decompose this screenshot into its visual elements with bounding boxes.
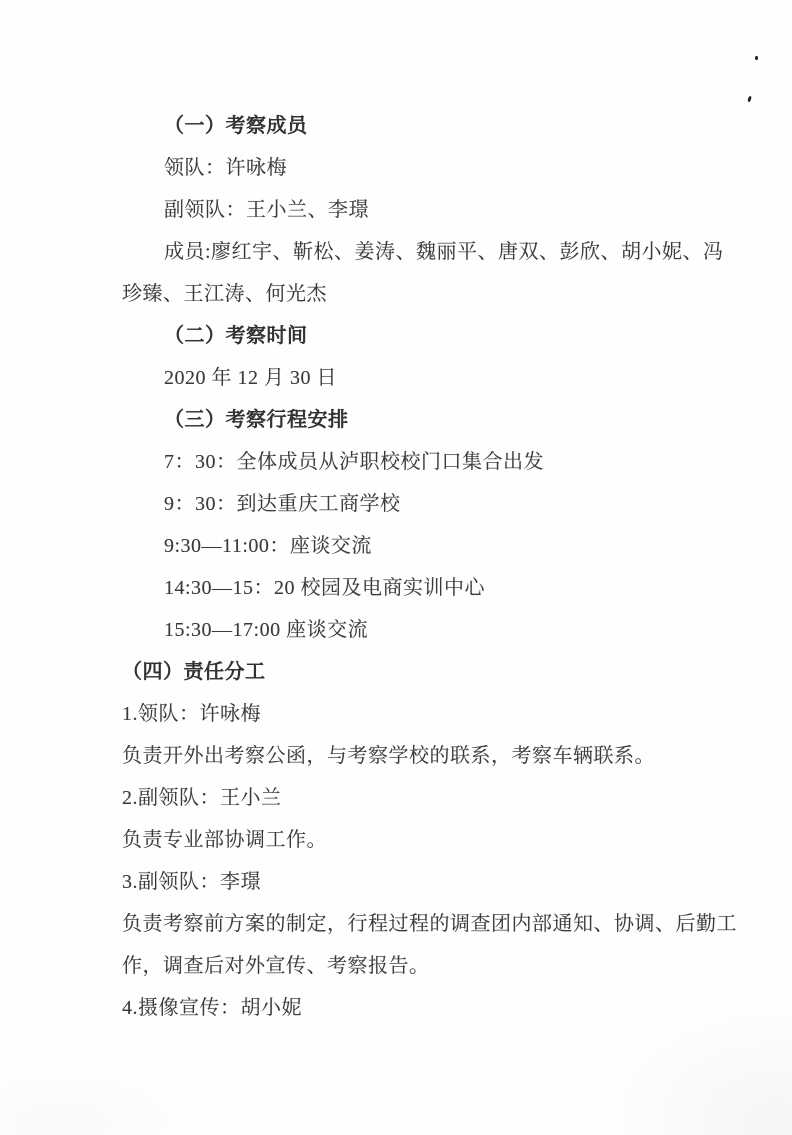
line-members-part1: 成员:廖红宇、靳松、姜涛、魏丽平、唐双、彭欣、胡小妮、冯 — [122, 231, 702, 273]
ink-speck — [755, 56, 758, 60]
section-heading-members: （一）考察成员 — [122, 105, 702, 147]
line-duty3-description-part2: 作，调查后对外宣传、考察报告。 — [122, 945, 702, 987]
document-body: （一）考察成员 领队：许咏梅 副领队：王小兰、李璟 成员:廖红宇、靳松、姜涛、魏… — [122, 105, 702, 1029]
line-itinerary-0930: 9：30：到达重庆工商学校 — [122, 483, 702, 525]
line-itinerary-0730: 7：30：全体成员从泸职校校门口集合出发 — [122, 441, 702, 483]
scanned-document-page: （一）考察成员 领队：许咏梅 副领队：王小兰、李璟 成员:廖红宇、靳松、姜涛、魏… — [0, 0, 792, 1135]
line-duty1-description: 负责开外出考察公函，与考察学校的联系，考察车辆联系。 — [122, 735, 702, 777]
line-deputy-leaders: 副领队：王小兰、李璟 — [122, 189, 702, 231]
line-itinerary-0930-1100: 9:30—11:00：座谈交流 — [122, 525, 702, 567]
line-members-part2: 珍臻、王江涛、何光杰 — [122, 273, 702, 315]
line-duty4-photography: 4.摄像宣传：胡小妮 — [122, 987, 702, 1029]
line-duty2-description: 负责专业部协调工作。 — [122, 819, 702, 861]
section-heading-time: （二）考察时间 — [122, 315, 702, 357]
line-date: 2020 年 12 月 30 日 — [122, 357, 702, 399]
section-heading-duties: （四）责任分工 — [122, 651, 702, 693]
ink-speck — [747, 96, 751, 103]
line-duty2-deputy: 2.副领队：王小兰 — [122, 777, 702, 819]
line-duty3-deputy: 3.副领队：李璟 — [122, 861, 702, 903]
line-duty1-leader: 1.领队：许咏梅 — [122, 693, 702, 735]
section-heading-itinerary: （三）考察行程安排 — [122, 399, 702, 441]
line-itinerary-1530-1700: 15:30—17:00 座谈交流 — [122, 609, 702, 651]
line-itinerary-1430-1520: 14:30—15：20 校园及电商实训中心 — [122, 567, 702, 609]
line-team-leader: 领队：许咏梅 — [122, 147, 702, 189]
line-duty3-description-part1: 负责考察前方案的制定，行程过程的调查团内部通知、协调、后勤工 — [122, 903, 702, 945]
